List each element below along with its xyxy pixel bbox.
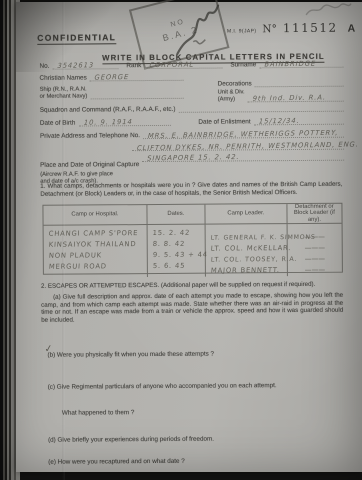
- scanned-document-photo: CONFIDENTIAL NO B.A. 2 M.I. 9(JAP) N° 11…: [0, 0, 362, 480]
- field-dob-line: 10. 9. 1914: [78, 117, 170, 127]
- question-2e-text: (e) How were you recaptured and on what …: [48, 457, 342, 466]
- field-surname-value: BAINBRIDGE: [264, 60, 316, 69]
- field-address-line-1: MRS. E. BAINBRIDGE, WETHERIGGS POTTERY,: [143, 129, 344, 139]
- field-rank-label: Rank: [126, 62, 141, 69]
- dates-column-values: 15. 2. 42 8. 8. 42 9. 5. 43 + 44 5. 6. 4…: [146, 225, 204, 277]
- field-capture-line: SINGAPORE 15. 2. 42.: [142, 152, 344, 162]
- question-1-text: 1. What camps, detachments or hospitals …: [40, 181, 342, 198]
- dates-row-4: 5. 6. 45: [152, 261, 205, 272]
- row-dob-enlistment: Date of Birth 10. 9. 1914 Date of Enlist…: [40, 116, 344, 127]
- col-header-detachment-leader: Detachment or Block Leader (if any).: [286, 204, 341, 224]
- row-address: Private Address and Telephone No. MRS. E…: [40, 129, 344, 140]
- field-address-value-2: CLIFTON DYKES, NR. PENRITH, WESTMORLAND,…: [137, 140, 359, 152]
- leader-row-2: LT. COL. McKELLAR.: [210, 243, 287, 255]
- field-dob-value: 10. 9. 1914: [83, 118, 132, 127]
- camps-table: Camp or Hospital. Dates. Camp Leader. De…: [42, 203, 342, 275]
- row-squadron: Squadron and Command (R.A.F., R.A.A.F., …: [40, 103, 344, 114]
- col-header-dates: Dates.: [146, 205, 204, 225]
- col-header-camp-leader: Camp Leader.: [204, 204, 286, 225]
- serial-number: 111512: [283, 21, 338, 35]
- field-no-label: No.: [39, 63, 49, 70]
- detachment-row-2: ———: [287, 243, 342, 254]
- field-rank-line: CORPORAL: [144, 60, 222, 70]
- dates-row-2: 8. 8. 42: [152, 239, 205, 250]
- question-2c-text: (c) Give Regimental particulars of anyon…: [48, 382, 342, 391]
- field-decorations-line: [255, 78, 344, 88]
- paper-crease: [62, 2, 65, 480]
- dates-row-1: 15. 2. 42: [152, 228, 205, 239]
- question-2-heading: 2. ESCAPES OR ATTEMPTED ESCAPES. (Additi…: [41, 281, 343, 291]
- field-dob-label: Date of Birth: [40, 120, 76, 127]
- question-2b-text: (b) Were you physically fit when you mad…: [47, 350, 341, 359]
- leader-row-3: LT. COL. TOOSEY, R.A.: [210, 254, 287, 266]
- form-paper: CONFIDENTIAL NO B.A. 2 M.I. 9(JAP) N° 11…: [16, 2, 362, 472]
- leader-row-1: LT. GENERAL F. K. SIMMONS: [210, 232, 287, 244]
- field-unit-value: 9th Ind. Div. R.A.: [252, 94, 326, 103]
- field-enlistment-label: Date of Enlistment: [198, 118, 250, 125]
- field-surname-line: BAINBRIDGE: [259, 59, 343, 69]
- detachment-row-4: ———: [287, 265, 342, 276]
- number-sign: N°: [262, 23, 277, 35]
- row-no-rank-surname: No. 3542613 Rank CORPORAL Surname BAINBR…: [39, 59, 343, 70]
- field-address-label: Private Address and Telephone No.: [40, 132, 140, 140]
- field-decorations-label: Decorations: [218, 80, 252, 87]
- mi9-office-label: M.I. 9(JAP): [227, 28, 256, 34]
- dates-row-3: 9. 5. 43 + 44: [152, 250, 205, 261]
- field-capture-value: SINGAPORE 15. 2. 42.: [147, 153, 240, 163]
- serial-number-group: M.I. 9(JAP) N° 111512 A: [227, 21, 355, 36]
- field-address-value-1: MRS. E. BAINBRIDGE, WETHERIGGS POTTERY,: [148, 129, 339, 140]
- row-unit-div: Unit & Div. (Army) 9th Ind. Div. R.A.: [218, 89, 344, 103]
- field-unit-label: Unit & Div. (Army): [218, 89, 245, 102]
- camp-column-values: CHANGI CAMP S'PORE KINSAIYOK THAILAND NO…: [44, 225, 147, 278]
- field-christian-names-value: GEORGE: [95, 73, 130, 82]
- question-2d-text: (d) Give briefly your experiences during…: [48, 435, 342, 444]
- detachment-column-values: ——— ——— ——— ———: [286, 224, 341, 276]
- field-enlistment-line: 15/12/34.: [254, 116, 344, 126]
- field-ship-line: [90, 90, 183, 100]
- form-content: CONFIDENTIAL NO B.A. 2 M.I. 9(JAP) N° 11…: [15, 1, 362, 473]
- row-address-2: CLIFTON DYKES, NR. PENRITH, WESTMORLAND,…: [132, 141, 344, 151]
- field-enlistment-value: 15/12/34.: [258, 117, 299, 126]
- leader-column-values: LT. GENERAL F. K. SIMMONS LT. COL. McKEL…: [204, 224, 286, 277]
- leader-row-4: MAJOR BENNETT.: [210, 265, 287, 277]
- question-2a-text: (a) Give full description and approx. da…: [41, 292, 343, 324]
- detachment-row-1: ———: [287, 232, 342, 243]
- series-letter: A: [348, 23, 356, 35]
- field-unit-line: 9th Ind. Div. R.A.: [248, 93, 344, 103]
- field-squadron-label: Squadron and Command (R.A.F., R.A.A.F., …: [40, 106, 176, 114]
- confidential-marking: CONFIDENTIAL: [37, 32, 116, 45]
- row-capture: Place and Date of Original Capture (Airc…: [40, 152, 344, 185]
- question-2c-followup-text: What happened to them ?: [62, 408, 342, 417]
- field-surname-label: Surname: [230, 61, 256, 68]
- row-decorations: Decorations: [218, 78, 344, 88]
- field-rank-value: CORPORAL: [149, 60, 194, 69]
- field-christian-names-line: GEORGE: [90, 72, 184, 82]
- field-address-line-2: CLIFTON DYKES, NR. PENRITH, WESTMORLAND,…: [132, 141, 344, 151]
- field-squadron-line: [178, 103, 343, 113]
- col-header-camp: Camp or Hospital.: [43, 205, 146, 226]
- faint-pencil-scrawl-icon: [303, 1, 353, 19]
- detachment-row-3: ———: [287, 254, 342, 265]
- field-capture-label: Place and Date of Original Capture (Airc…: [40, 153, 139, 185]
